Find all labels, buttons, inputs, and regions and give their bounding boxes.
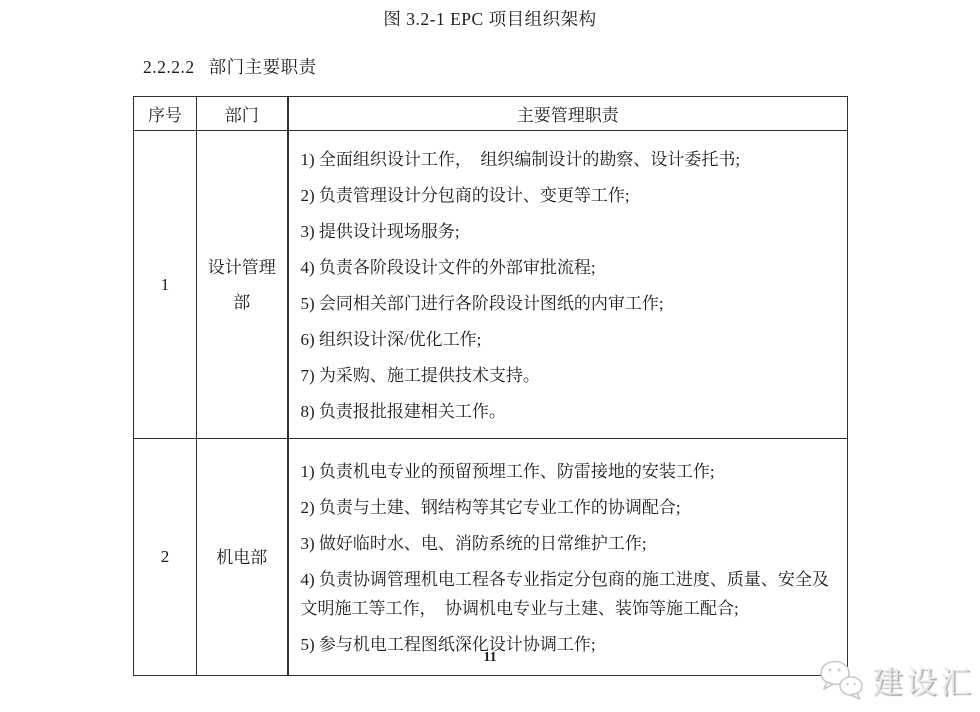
- brand-name: 建设汇: [872, 657, 974, 702]
- document-page: 图 3.2-1 EPC 项目组织架构 2.2.2.2部门主要职责 序号 部门 主…: [0, 0, 980, 712]
- col-header-department: 部门: [197, 97, 288, 131]
- section-heading: 2.2.2.2部门主要职责: [143, 54, 317, 79]
- department-cell: 设计管理部: [197, 131, 288, 439]
- figure-caption: 图 3.2-1 EPC 项目组织架构: [0, 6, 980, 31]
- duty-item: 2) 负责管理设计分包商的设计、变更等工作;: [301, 181, 842, 210]
- duty-item: 7) 为采购、施工提供技术支持。: [301, 361, 842, 390]
- duties-cell: 1) 负责机电专业的预留预埋工作、防雷接地的安装工作; 2) 负责与土建、钢结构…: [288, 439, 848, 676]
- table-row: 1 设计管理部 1) 全面组织设计工作， 组织编制设计的勘察、设计委托书; 2)…: [134, 131, 848, 439]
- section-title: 部门主要职责: [209, 57, 317, 77]
- duty-item: 4) 负责各阶段设计文件的外部审批流程;: [301, 253, 842, 282]
- duty-item: 2) 负责与土建、钢结构等其它专业工作的协调配合;: [301, 493, 842, 522]
- department-cell: 机电部: [197, 439, 288, 676]
- duty-item: 3) 提供设计现场服务;: [301, 217, 842, 246]
- brand-watermark: 建设汇: [817, 657, 974, 702]
- duty-item: 6) 组织设计深/优化工作;: [301, 325, 842, 354]
- duties-cell: 1) 全面组织设计工作， 组织编制设计的勘察、设计委托书; 2) 负责管理设计分…: [288, 131, 848, 439]
- duty-item: 5) 会同相关部门进行各阶段设计图纸的内审工作;: [301, 289, 842, 318]
- wechat-chat-bubbles-icon: [817, 658, 867, 702]
- section-number: 2.2.2.2: [143, 57, 195, 77]
- row-index: 2: [134, 439, 197, 676]
- table-header-row: 序号 部门 主要管理职责: [134, 97, 848, 131]
- col-header-duties: 主要管理职责: [288, 97, 848, 131]
- duty-item: 1) 全面组织设计工作， 组织编制设计的勘察、设计委托书;: [301, 145, 842, 174]
- duty-item: 8) 负责报批报建相关工作。: [301, 397, 842, 426]
- department-name: 设计管理部: [206, 250, 277, 320]
- col-header-index: 序号: [134, 97, 197, 131]
- row-index: 1: [134, 131, 197, 439]
- responsibilities-table: 序号 部门 主要管理职责 1 设计管理部 1) 全面组织设计工作， 组织编制设计…: [133, 96, 848, 676]
- duty-item: 4) 负责协调管理机电工程各专业指定分包商的施工进度、质量、安全及文明施工等工作…: [301, 565, 842, 623]
- duty-item: 1) 负责机电专业的预留预埋工作、防雷接地的安装工作;: [301, 457, 842, 486]
- table-row: 2 机电部 1) 负责机电专业的预留预埋工作、防雷接地的安装工作; 2) 负责与…: [134, 439, 848, 676]
- duty-item: 3) 做好临时水、电、消防系统的日常维护工作;: [301, 529, 842, 558]
- department-name: 机电部: [216, 540, 267, 575]
